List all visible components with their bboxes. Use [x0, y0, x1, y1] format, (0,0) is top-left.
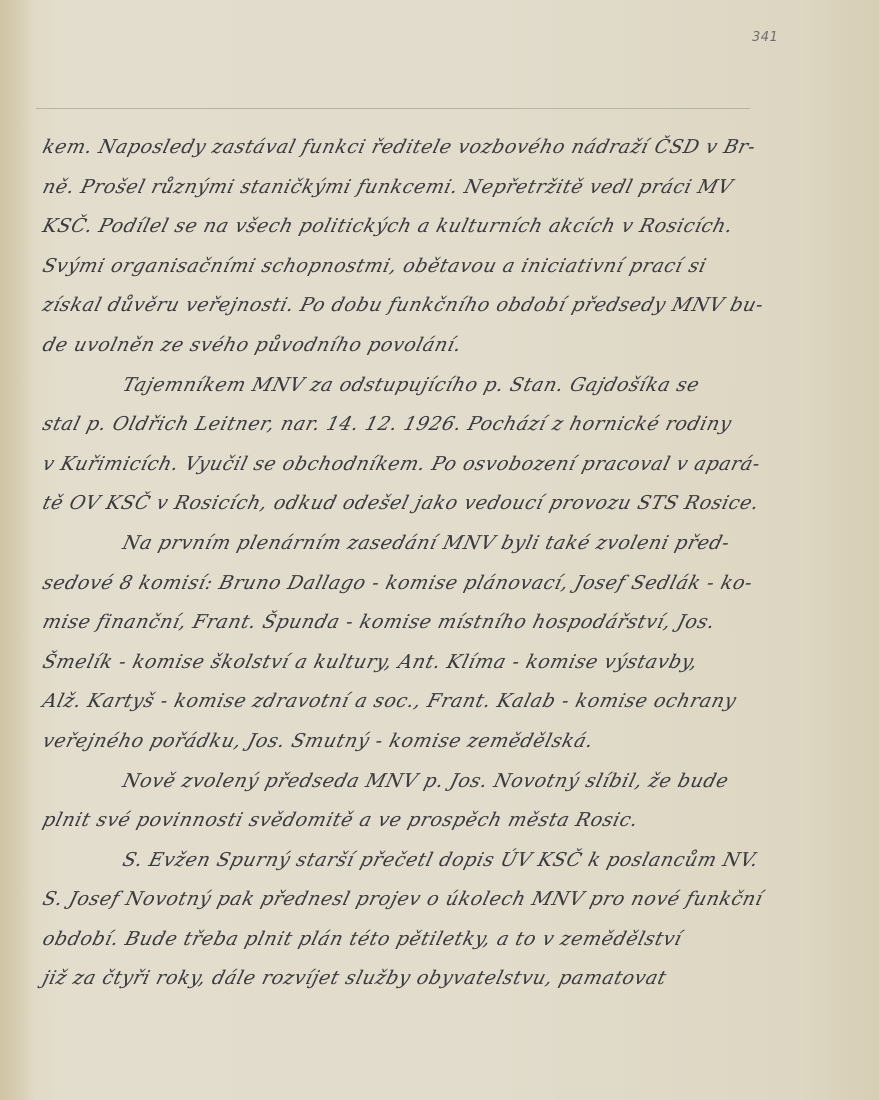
text-line: sedové 8 komisí: Bruno Dallago - komise …	[38, 564, 748, 604]
text-line: kem. Naposledy zastával funkci ředitele …	[38, 128, 748, 168]
line-text: plnit své povinnosti svědomitě a ve pros…	[38, 801, 643, 841]
line-text: veřejného pořádku, Jos. Smutný - komise …	[38, 722, 598, 762]
text-line: S. Josef Novotný pak přednesl projev o ú…	[38, 880, 748, 920]
text-line: mise finanční, Frant. Špunda - komise mí…	[38, 603, 748, 643]
text-line: veřejného pořádku, Jos. Smutný - komise …	[38, 722, 748, 762]
paragraph-start-line: Tajemníkem MNV za odstupujícího p. Stan.…	[38, 366, 748, 406]
line-text: S. Josef Novotný pak přednesl projev o ú…	[38, 880, 767, 920]
manuscript-page: 341 kem. Naposledy zastával funkci ředit…	[0, 0, 879, 1100]
paragraph-start-line: Nově zvolený předseda MNV p. Jos. Novotn…	[38, 762, 748, 802]
line-text: ně. Prošel různými staničkými funkcemi. …	[38, 168, 737, 208]
text-line: KSČ. Podílel se na všech politických a k…	[38, 207, 748, 247]
line-text: mise finanční, Frant. Špunda - komise mí…	[38, 603, 719, 643]
page-number: 341	[752, 30, 778, 45]
page-binding-edge	[0, 0, 36, 1100]
text-line: stal p. Oldřich Leitner, nar. 14. 12. 19…	[38, 405, 748, 445]
text-line: tě OV KSČ v Rosicích, odkud odešel jako …	[38, 484, 748, 524]
line-text: Nově zvolený předseda MNV p. Jos. Novotn…	[118, 762, 733, 802]
handwritten-text-block: kem. Naposledy zastával funkci ředitele …	[38, 128, 738, 999]
line-text: Na prvním plenárním zasedání MNV byli ta…	[118, 524, 734, 564]
line-text: kem. Naposledy zastával funkci ředitele …	[38, 128, 760, 168]
line-text: KSČ. Podílel se na všech politických a k…	[38, 207, 737, 247]
text-line: v Kuřimicích. Vyučil se obchodníkem. Po …	[38, 445, 748, 485]
line-text: Tajemníkem MNV za odstupujícího p. Stan.…	[118, 366, 704, 406]
line-text: Svými organisačními schopnostmi, obětavo…	[38, 247, 711, 287]
text-line: ně. Prošel různými staničkými funkcemi. …	[38, 168, 748, 208]
line-text: již za čtyři roky, dále rozvíjet služby …	[38, 959, 671, 999]
paragraph-start-line: Na prvním plenárním zasedání MNV byli ta…	[38, 524, 748, 564]
text-line: de uvolněn ze svého původního povolání.	[38, 326, 748, 366]
line-text: Šmelík - komise školství a kultury, Ant.…	[38, 643, 702, 683]
paragraph-start-line: S. Evžen Spurný starší přečetl dopis ÚV …	[38, 841, 748, 881]
line-text: stal p. Oldřich Leitner, nar. 14. 12. 19…	[38, 405, 736, 445]
text-line: Alž. Kartyš - komise zdravotní a soc., F…	[38, 682, 748, 722]
text-line: Šmelík - komise školství a kultury, Ant.…	[38, 643, 748, 683]
ruled-top-line	[36, 108, 750, 109]
text-line: získal důvěru veřejnosti. Po dobu funkčn…	[38, 286, 748, 326]
text-line: již za čtyři roky, dále rozvíjet služby …	[38, 959, 748, 999]
line-text: tě OV KSČ v Rosicích, odkud odešel jako …	[38, 484, 763, 524]
text-line: období. Bude třeba plnit plán této pětil…	[38, 920, 748, 960]
line-text: Alž. Kartyš - komise zdravotní a soc., F…	[38, 682, 741, 722]
line-text: S. Evžen Spurný starší přečetl dopis ÚV …	[118, 841, 763, 881]
line-text: získal důvěru veřejnosti. Po dobu funkčn…	[38, 286, 768, 326]
line-text: de uvolněn ze svého původního povolání.	[38, 326, 466, 366]
line-text: období. Bude třeba plnit plán této pětil…	[38, 920, 686, 960]
line-text: v Kuřimicích. Vyučil se obchodníkem. Po …	[38, 445, 765, 485]
text-line: Svými organisačními schopnostmi, obětavo…	[38, 247, 748, 287]
text-line: plnit své povinnosti svědomitě a ve pros…	[38, 801, 748, 841]
line-text: sedové 8 komisí: Bruno Dallago - komise …	[38, 564, 757, 604]
